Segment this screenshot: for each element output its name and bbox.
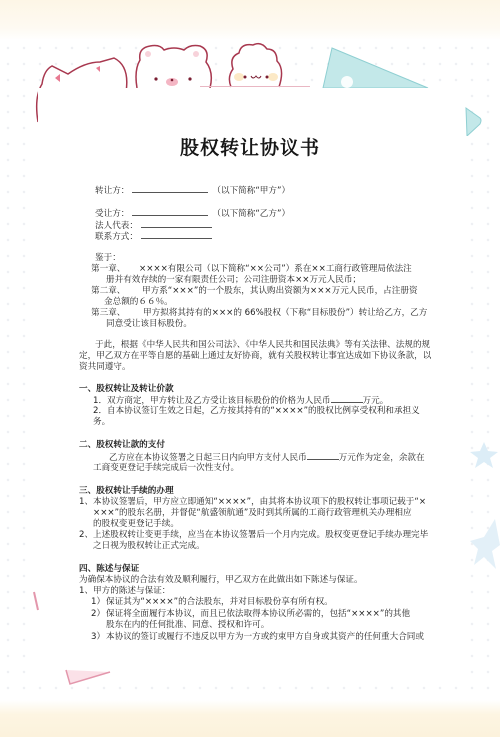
list-number: 3） xyxy=(91,632,105,643)
clause-text: 保证其为“××××”的合法股东，并对目标股份享有所有权。 xyxy=(106,597,333,608)
document-title: 股权转让协议书 xyxy=(0,133,500,160)
whereas-item-text: 甲方系“×××”的一个股东，其认购出资额为×××万元人民币，占注册资 xyxy=(142,286,418,297)
clause-text: 为确保本协议的合法有效及顺利履行，甲乙双方在此做出如下陈述与保证。 xyxy=(79,575,363,586)
teal-paper-corner-icon xyxy=(464,106,484,136)
whereas-item-label: 第二章、 xyxy=(91,286,125,297)
deposit-field[interactable] xyxy=(307,452,339,460)
preamble-text: 资共同遵守。 xyxy=(79,362,131,373)
whereas-item-text: 甲方拟将其持有的×××的 66%股权（下称“目标股份”）转让给乙方，乙方 xyxy=(143,308,427,319)
section-heading: 一、股权转让及转让价款 xyxy=(79,384,174,395)
transferor-field[interactable] xyxy=(132,185,208,193)
whereas-item-text: 同意受让该目标股份。 xyxy=(106,319,192,330)
cloud-character-icon xyxy=(227,41,287,89)
section-heading: 二、股权转让款的支付 xyxy=(79,440,165,451)
legal-rep-line: 法人代表： xyxy=(95,220,212,232)
price-text: 1．双方商定，甲方转让及乙方受让该目标股份的价格为人民币 xyxy=(93,396,331,406)
section-heading: 四、陈述与保证 xyxy=(79,564,139,575)
whereas-item-text: 册并有效存续的一家有限责任公司；公司注册资本××万元人民币； xyxy=(106,275,361,286)
star-decoration-icon xyxy=(468,440,500,470)
transferee-note: （以下简称“乙方”） xyxy=(212,209,290,219)
transferee-line: 受让方：（以下简称“乙方”） xyxy=(95,208,290,220)
price-unit: 万元。 xyxy=(363,396,389,406)
transferor-label: 转让方： xyxy=(95,186,129,196)
whereas-item-text: ××××有限公司（以下简称“××公司”）系在××工商行政管理局依法注 xyxy=(139,264,412,275)
clause-text: 股东在内的任何批准、同意、授权和许可。 xyxy=(106,620,269,631)
transferor-note: （以下简称“甲方”） xyxy=(212,186,290,196)
section-heading: 三、股权转让手续的办理 xyxy=(79,486,174,497)
star-decoration-icon xyxy=(470,515,500,575)
deposit-text: 乙方应在本协议签署之日起三日内向甲方支付人民币 xyxy=(109,453,307,463)
whereas-heading: 鉴于： xyxy=(95,253,121,264)
preamble-text: 于此，根据《中华人民共和国公司法》、《中华人民共和国民法典》等有关法律、法规的规 xyxy=(95,340,430,351)
legal-rep-field[interactable] xyxy=(141,220,212,228)
clause-text: 保证将全面履行本协议，而且已依法取得本协议所必需的，包括“××××”的其他 xyxy=(106,609,410,620)
clause-text: ×××”的股东名册，并督促“航盛领航通”及时到其所属的工商行政管理机关办理相应 xyxy=(93,508,412,519)
preamble-text: 定，甲乙双方在平等自愿的基础上通过友好协商，就有关股权转让事宜达成如下协议条款，… xyxy=(79,351,431,362)
clause-text: 的股权变更登记手续。 xyxy=(93,519,179,530)
whereas-item-label: 第三章、 xyxy=(91,308,125,319)
contact-line: 联系方式： xyxy=(95,231,212,243)
price-field[interactable] xyxy=(331,395,363,403)
legal-rep-label: 法人代表： xyxy=(95,221,138,231)
list-number: 1） xyxy=(91,597,105,608)
background-top-band xyxy=(0,0,500,40)
background-bottom-band xyxy=(0,700,500,737)
bear-character-icon xyxy=(134,40,214,90)
deposit-suffix: 万元作为定金，余款在 xyxy=(339,453,425,463)
sub-heading: 1、甲方的陈述与保证： xyxy=(79,586,170,597)
price-line: 1．双方商定，甲方转让及乙方受让该目标股份的价格为人民币万元。 xyxy=(93,395,388,407)
teal-paper-tab-icon xyxy=(318,44,438,94)
clause-text: 之日视为股权转让正式完成。 xyxy=(93,541,205,552)
clause-text: 务。 xyxy=(93,417,110,428)
clause-text: 工商变更登记手续完成后一次性支付。 xyxy=(93,463,239,474)
clause-text: 1、本协议签署后，甲方应立即通知“××××”，由其将本协议项下的股权转让事项记载… xyxy=(79,497,426,508)
whereas-item-label: 第一章、 xyxy=(91,264,125,275)
clause-text: 2．自本协议签订生效之日起，乙方按其持有的“××××”的股权比例享受权利和承担义 xyxy=(93,406,420,417)
contact-field[interactable] xyxy=(141,231,212,239)
whereas-item-text: 金总额的６６％。 xyxy=(104,297,173,308)
deposit-line: 乙方应在本协议签署之日起三日内向甲方支付人民币万元作为定金，余款在 xyxy=(109,452,425,464)
transferee-field[interactable] xyxy=(132,208,208,216)
pink-line-decoration xyxy=(200,86,310,87)
transferor-line: 转让方：（以下简称“甲方”） xyxy=(95,185,290,197)
contact-label: 联系方式： xyxy=(95,232,138,242)
transferee-label: 受让方： xyxy=(95,209,129,219)
list-number: 2） xyxy=(91,609,105,620)
clause-text: 2、上述股权转让变更手续，应当在本协议签署后一个月内完成。股权变更登记手续办理完… xyxy=(79,530,428,541)
clause-text: 本协议的签订或履行不违反以甲方为一方或约束甲方自身或其资产的任何重大合同或 xyxy=(106,632,424,643)
